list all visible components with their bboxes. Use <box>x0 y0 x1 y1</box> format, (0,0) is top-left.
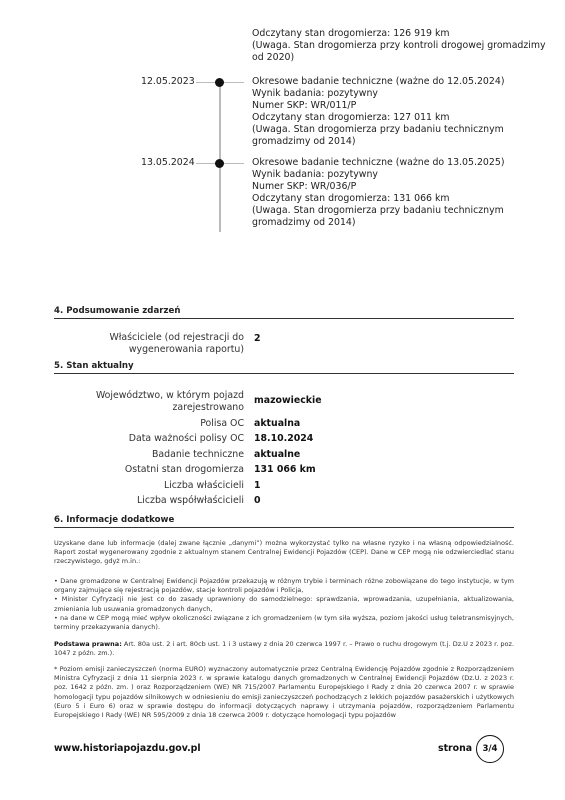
timeline-line: Odczytany stan drogomierza: 126 919 km <box>252 28 546 40</box>
info-footnote: * Poziom emisji zanieczyszczeń (norma EU… <box>54 665 514 720</box>
legal-basis-label: Podstawa prawna: <box>54 640 122 648</box>
field-value-voivodeship: mazowieckie <box>254 395 322 406</box>
field-label-voivodeship: Województwo, w którym pojazd zarejestrow… <box>96 390 244 413</box>
timeline-dot-icon <box>215 159 224 168</box>
timeline-entry: Okresowe badanie techniczne (ważne do 13… <box>252 157 504 230</box>
timeline-line: Wynik badania: pozytywny <box>252 88 504 100</box>
field-value-oc-expiry: 18.10.2024 <box>254 433 313 444</box>
timeline-entry-partial: Odczytany stan drogomierza: 126 919 km (… <box>252 28 546 64</box>
field-value-oc-policy: aktualna <box>254 418 300 429</box>
field-label-odometer: Ostatni stan drogomierza <box>125 464 244 476</box>
field-value-inspection: aktualne <box>254 449 300 460</box>
info-bullet: • Minister Cyfryzacji nie jest co do zas… <box>54 595 514 613</box>
field-label-inspection: Badanie techniczne <box>152 449 244 461</box>
label-line: Właściciele (od rejestracji do <box>109 332 244 344</box>
label-line: Liczba współwłaścicieli <box>137 495 244 507</box>
timeline-date: 12.05.2023 <box>141 76 195 87</box>
field-value-odometer: 131 066 km <box>254 464 316 475</box>
info-bullet: • Dane gromadzone w Centralnej Ewidencji… <box>54 577 514 595</box>
section-heading-additional-info: 6. Informacje dodatkowe <box>54 515 514 528</box>
label-line: Polisa OC <box>200 418 244 430</box>
section-heading-summary: 4. Podsumowanie zdarzeń <box>54 306 514 319</box>
section-heading-current-state: 5. Stan aktualny <box>54 361 514 374</box>
label-line: zarejestrowano <box>96 402 244 414</box>
timeline-line: Odczytany stan drogomierza: 131 066 km <box>252 193 504 205</box>
field-label-oc-expiry: Data ważności polisy OC <box>129 433 244 445</box>
label-line: Ostatni stan drogomierza <box>125 464 244 476</box>
timeline-line: (Uwaga. Stan drogomierza przy badaniu te… <box>252 124 504 136</box>
label-line: wygenerowania raportu) <box>109 344 244 356</box>
timeline-line: (Uwaga. Stan drogomierza przy kontroli d… <box>252 40 546 52</box>
timeline-line: Odczytany stan drogomierza: 127 011 km <box>252 112 504 124</box>
field-label-owners-count: Liczba właścicieli <box>164 480 244 492</box>
label-line: Województwo, w którym pojazd <box>96 390 244 402</box>
footer-website-link[interactable]: www.historiapojazdu.gov.pl <box>54 743 201 754</box>
timeline-date: 13.05.2024 <box>141 157 195 168</box>
field-label-owners-total: Właściciele (od rejestracji do wygenerow… <box>109 332 244 355</box>
label-line: Liczba właścicieli <box>164 480 244 492</box>
label-line: Badanie techniczne <box>152 449 244 461</box>
field-value-owners-total: 2 <box>254 333 261 344</box>
timeline-vertical-line <box>219 82 221 232</box>
timeline-line: gromadzimy od 2014) <box>252 217 504 229</box>
timeline-line: Numer SKP: WR/036/P <box>252 181 504 193</box>
legal-basis-text: Art. 80a ust. 2 i art. 80cb ust. 1 i 3 u… <box>54 640 514 657</box>
timeline-line: Numer SKP: WR/011/P <box>252 100 504 112</box>
timeline-entry: Okresowe badanie techniczne (ważne do 12… <box>252 76 504 149</box>
footer-page-label: strona <box>438 743 472 754</box>
report-page: Odczytany stan drogomierza: 126 919 km (… <box>0 0 565 800</box>
field-value-owners-count: 1 <box>254 480 261 491</box>
timeline-line: gromadzimy od 2014) <box>252 136 504 148</box>
field-value-coowners-count: 0 <box>254 495 261 506</box>
info-bullet: • na dane w CEP mogą mieć wpływ okoliczn… <box>54 614 514 632</box>
timeline-line: Okresowe badanie techniczne (ważne do 12… <box>252 76 504 88</box>
info-bullets: • Dane gromadzone w Centralnej Ewidencji… <box>54 577 514 632</box>
page-number-badge: 3/4 <box>476 735 504 763</box>
info-legal-basis: Podstawa prawna: Art. 80a ust. 2 i art. … <box>54 640 514 658</box>
timeline-line: Okresowe badanie techniczne (ważne do 13… <box>252 157 504 169</box>
field-label-oc-policy: Polisa OC <box>200 418 244 430</box>
field-label-coowners-count: Liczba współwłaścicieli <box>137 495 244 507</box>
timeline-line: (Uwaga. Stan drogomierza przy badaniu te… <box>252 205 504 217</box>
timeline-dot-icon <box>215 78 224 87</box>
label-line: Data ważności polisy OC <box>129 433 244 445</box>
timeline-line: od 2020) <box>252 52 546 64</box>
info-intro: Uzyskane dane lub informacje (dalej zwan… <box>54 539 514 567</box>
timeline-line: Wynik badania: pozytywny <box>252 169 504 181</box>
